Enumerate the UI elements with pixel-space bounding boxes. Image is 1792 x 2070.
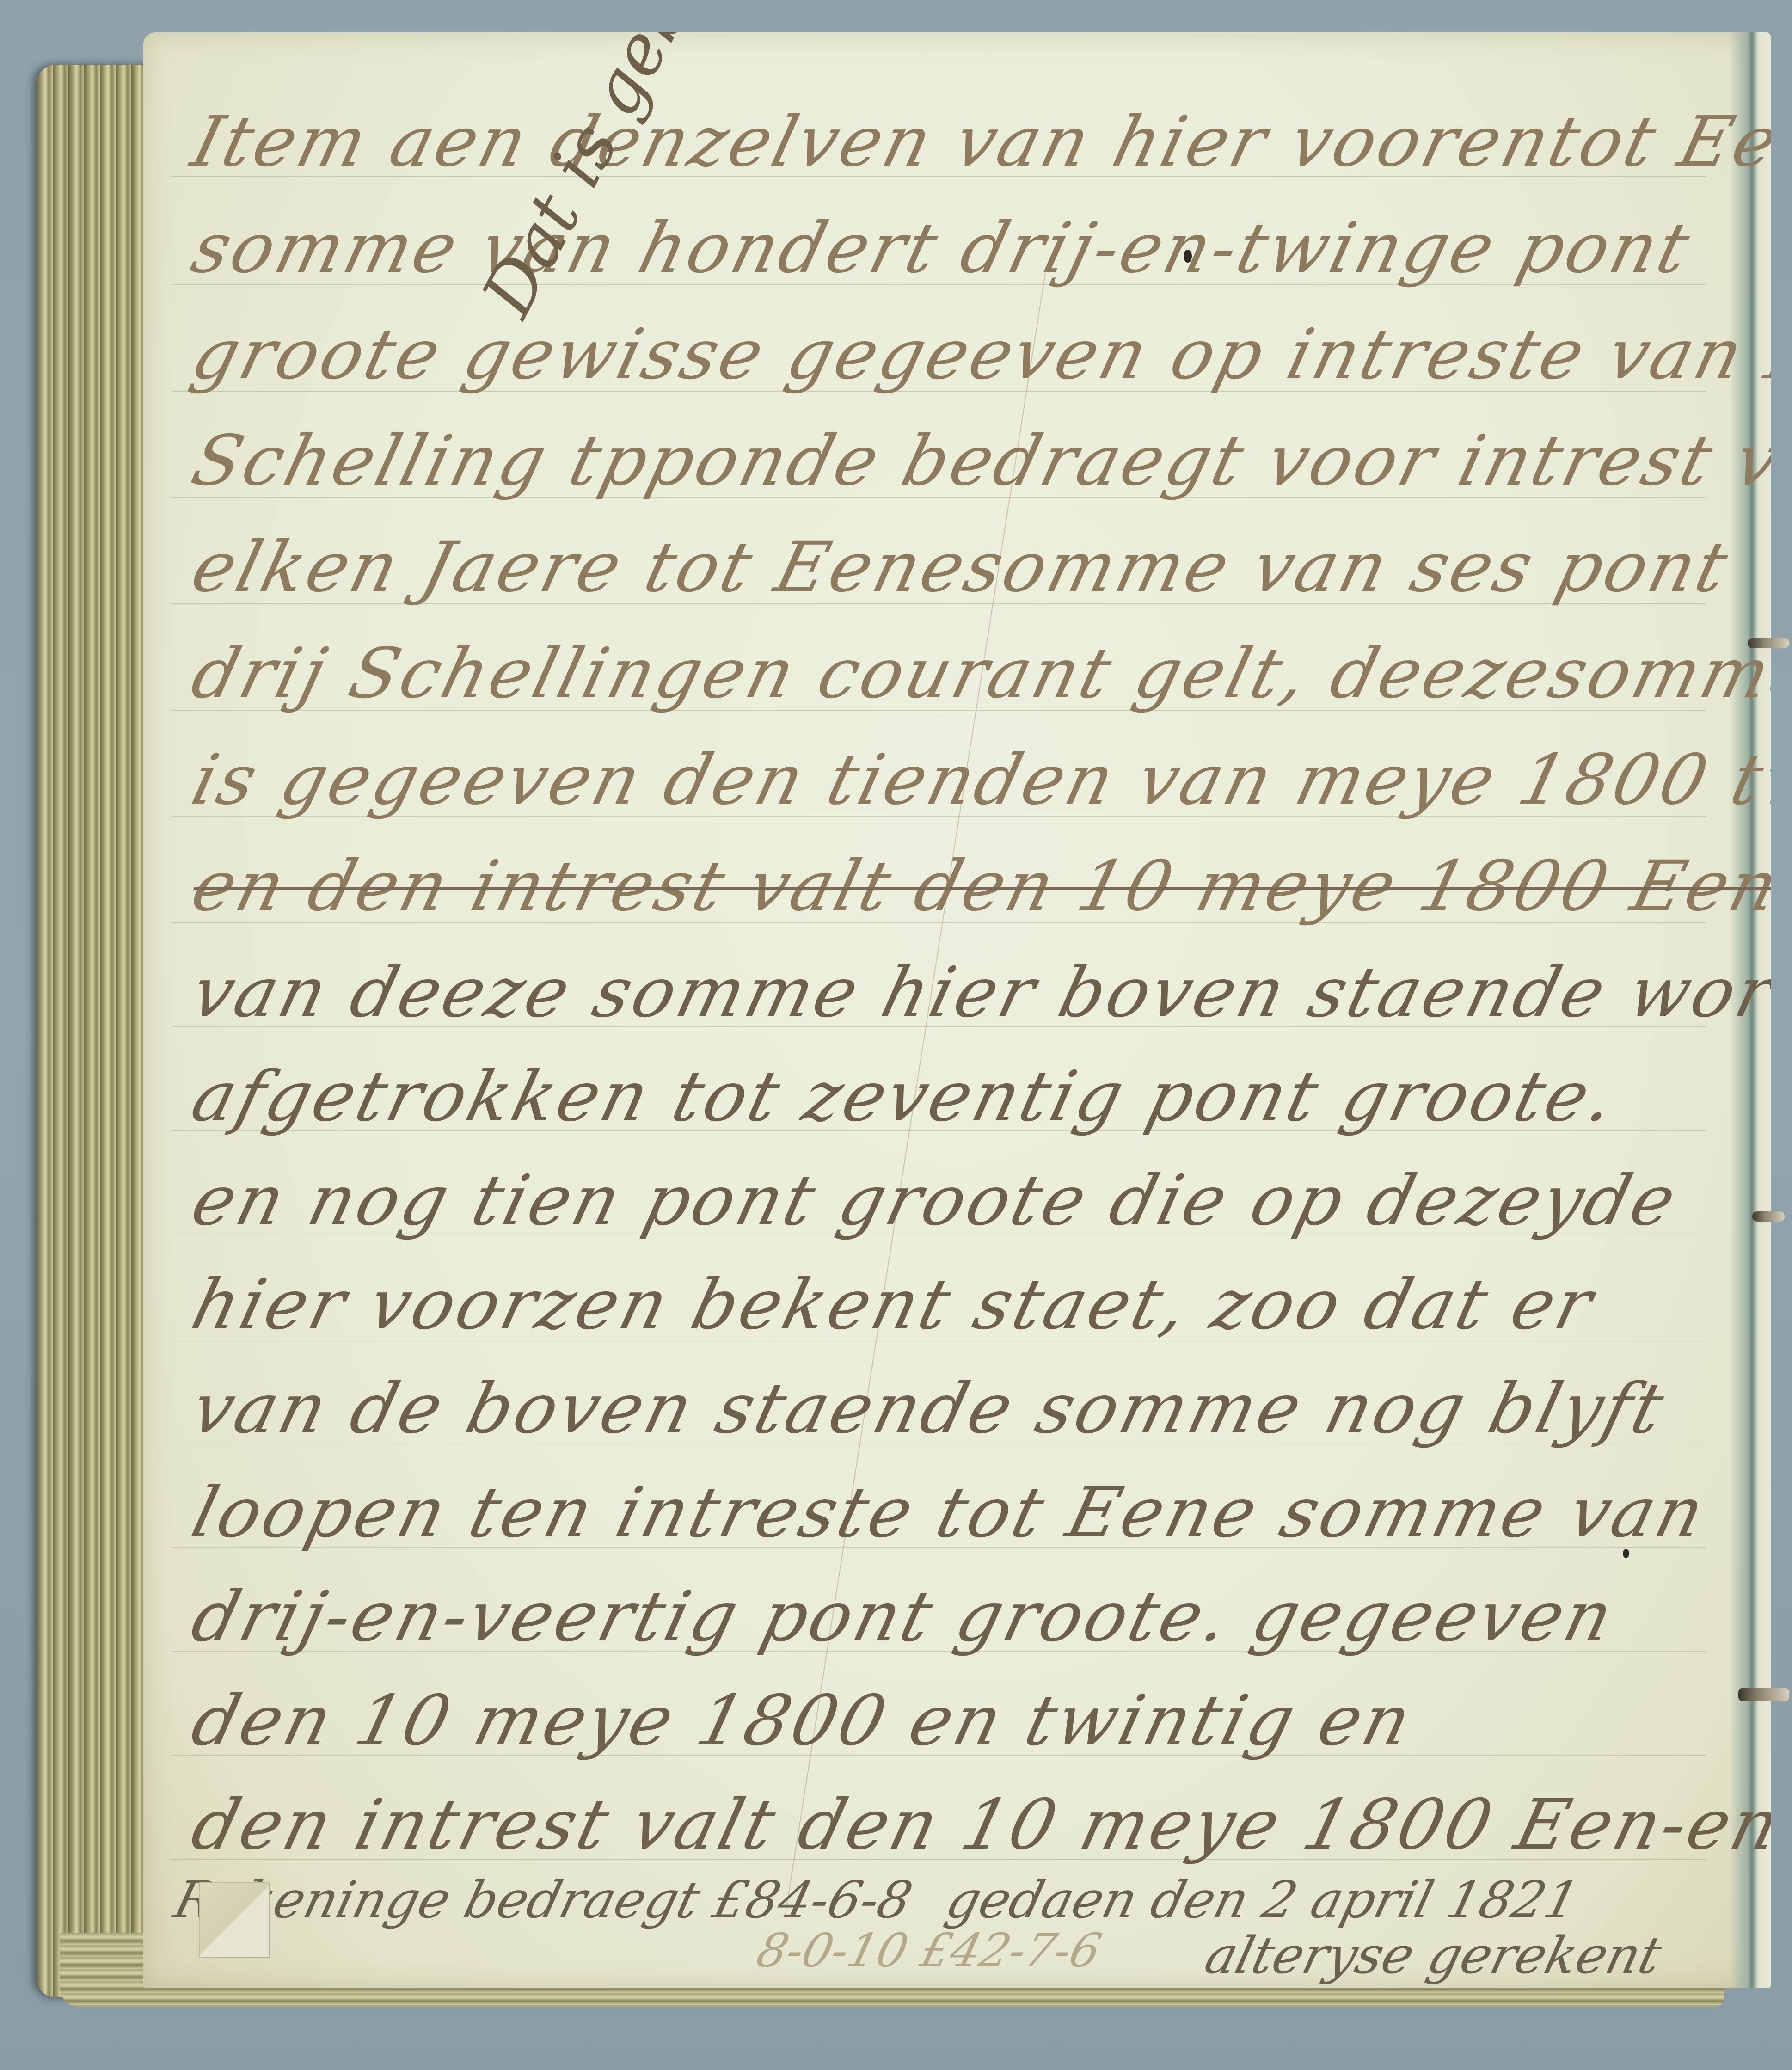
text-line: Schelling tpponde bedraegt voor intrest … bbox=[184, 421, 1771, 501]
text-line: Item aen denzelven van hier voorentot Ee… bbox=[184, 102, 1771, 182]
ink-spot bbox=[1184, 250, 1192, 263]
text-line: drij-en-veertig pont groote. gegeeven bbox=[184, 1577, 1623, 1657]
binding-thread bbox=[1752, 1211, 1785, 1222]
text-line: van de boven staende somme nog blyft bbox=[184, 1369, 1674, 1449]
text-line: drij Schellingen courant gelt, deezesomm… bbox=[184, 633, 1771, 714]
text-line: en nog tien pont groote die op dezeyde bbox=[184, 1161, 1686, 1241]
page-stack-edge bbox=[37, 65, 157, 1997]
summary-note: alteryse gerekent bbox=[1199, 1926, 1668, 1985]
summary-total: Rekeninge bedraegt £84-6-8 bbox=[168, 1870, 918, 1929]
text-line: hier voorzen bekent staet, zoo dat er bbox=[184, 1265, 1603, 1345]
summary-date: gedaen den 2 april 1821 bbox=[940, 1870, 1585, 1929]
text-line: loopen ten intreste tot Eene somme van bbox=[184, 1473, 1714, 1553]
text-line: somme van hondert drij-en-twinge pont bbox=[184, 208, 1700, 289]
text-line: groote gewisse gegeeven op intreste van … bbox=[184, 314, 1771, 395]
struck-text-line: en den intrest valt den 10 meye 1800 Een… bbox=[184, 846, 1771, 927]
ink-spot bbox=[1623, 1549, 1629, 1558]
text-line: afgetrokken tot zeventig pont groote. bbox=[184, 1056, 1625, 1137]
text-line: van deeze somme hier boven staende wort … bbox=[184, 952, 1771, 1033]
summary-figures: 8-0-10 £42-7-6 bbox=[751, 1923, 1107, 1978]
text-line: is gegeeven den tienden van meye 1800 tw… bbox=[184, 740, 1771, 820]
folded-corner bbox=[199, 1882, 270, 1958]
text-line: den 10 meye 1800 en twintig en bbox=[184, 1681, 1421, 1761]
binding-thread bbox=[1738, 1688, 1789, 1701]
binding-thread bbox=[1748, 638, 1789, 648]
text-line: den intrest valt den 10 meye 1800 Een-en… bbox=[184, 1785, 1771, 1865]
ledger-page: Item aen denzelven van hier voorentot Ee… bbox=[143, 32, 1771, 1988]
text-line: elken Jaere tot Eenesomme van ses pont bbox=[184, 527, 1738, 608]
